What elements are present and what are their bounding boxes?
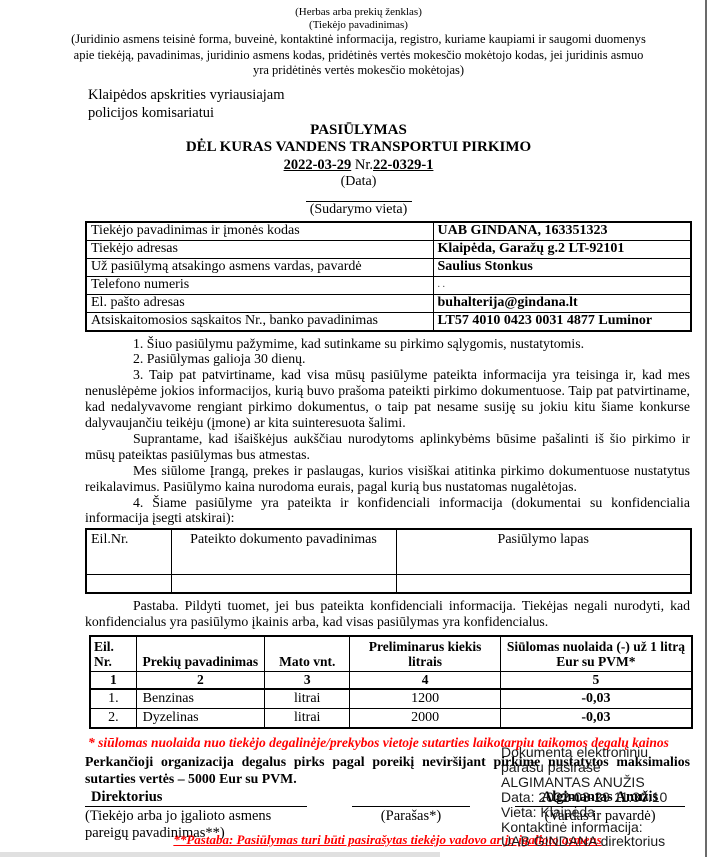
table-row: Atsiskaitomosios sąskaitos Nr., banko pa… bbox=[86, 312, 691, 331]
conf-empty-cell bbox=[86, 575, 171, 594]
stamp-line: Vieta: Klaipėda bbox=[501, 805, 667, 820]
contact-person-label: Už pasiūlymą atsakingo asmens vardas, pa… bbox=[86, 258, 433, 276]
document-title: PASIŪLYMAS bbox=[0, 122, 717, 139]
header-note-trademark: (Herbas arba prekių ženklas) bbox=[0, 6, 717, 19]
conf-empty-cell bbox=[396, 575, 691, 594]
supplier-name-label: Tiekėjo pavadinimas ir įmonės kodas bbox=[86, 222, 433, 241]
product-discount: -0,03 bbox=[500, 689, 692, 709]
confidential-table: Eil.Nr. Pateikto dokumento pavadinimas P… bbox=[85, 528, 692, 594]
prod-col-unit: Mato vnt. bbox=[265, 636, 350, 672]
addressee-line-2: policijos komisariatui bbox=[88, 104, 717, 122]
signature-empty-value bbox=[352, 789, 470, 806]
prod-col-discount: Siūlomas nuolaida (-) už 1 litrą Eur su … bbox=[500, 636, 692, 672]
product-qty: 2000 bbox=[350, 709, 501, 729]
signature-underline bbox=[352, 806, 470, 807]
date-number-line: 2022-03-29 Nr.22-0329-1 bbox=[0, 156, 717, 174]
document-subtitle: DĖL KURAS VANDENS TRANSPORTUI PIRKIMO bbox=[0, 139, 717, 156]
prod-col-qty: Preliminarus kiekis litrais bbox=[350, 636, 501, 672]
table-row: 1. Benzinas litrai 1200 -0,03 bbox=[90, 689, 692, 709]
paragraph-6: 4. Šiame pasiūlyme yra pateikta ir konfi… bbox=[85, 495, 690, 527]
table-row: Tiekėjo pavadinimas ir įmonės kodas UAB … bbox=[86, 222, 691, 241]
product-unit: litrai bbox=[265, 709, 350, 729]
stamp-line: Data: 2022-03-29 11:30:10 bbox=[501, 790, 667, 805]
document-number-prefix: Nr. bbox=[351, 157, 373, 173]
supplier-address-value: Klaipėda, Garažų g.2 LT-92101 bbox=[433, 240, 691, 258]
viewer-bottom-strip bbox=[0, 852, 440, 857]
product-discount: -0,03 bbox=[500, 709, 692, 729]
addressee-line-1: Klaipėdos apskrities vyriausiajam bbox=[88, 86, 717, 104]
document-page: (Herbas arba prekių ženklas) (Tiekėjo pa… bbox=[0, 0, 717, 857]
products-table: Eil. Nr. Prekių pavadinimas Mato vnt. Pr… bbox=[89, 635, 693, 729]
stamp-line: UAB GINDANA direktorius bbox=[501, 834, 667, 849]
conf-col-page: Pasiūlymo lapas bbox=[396, 529, 691, 575]
paragraph-5: Mes siūlome Įrangą, prekes ir paslaugas,… bbox=[85, 463, 690, 495]
supplier-table: Tiekėjo pavadinimas ir įmonės kodas UAB … bbox=[85, 221, 692, 332]
place-label: (Sudarymo vieta) bbox=[0, 202, 717, 218]
product-name: Benzinas bbox=[136, 689, 264, 709]
header-note-legal-info: (Juridinio asmens teisinė forma, buveinė… bbox=[70, 32, 648, 79]
supplier-address-label: Tiekėjo adresas bbox=[86, 240, 433, 258]
bank-account-value: LT57 4010 0423 0031 4877 Luminor bbox=[433, 312, 691, 331]
supplier-name-value: UAB GINDANA, 163351323 bbox=[433, 222, 691, 241]
col-number: 4 bbox=[350, 672, 501, 690]
conf-col-document: Pateikto dokumento pavadinimas bbox=[171, 529, 396, 575]
paragraph-2: 2. Pasiūlymas galioja 30 dienų. bbox=[85, 351, 690, 367]
paragraph-3: 3. Taip pat patvirtiname, kad visa mūsų … bbox=[85, 367, 690, 431]
date-label: (Data) bbox=[0, 174, 717, 190]
table-header-row: Eil. Nr. Prekių pavadinimas Mato vnt. Pr… bbox=[90, 636, 692, 672]
product-name: Dyzelinas bbox=[136, 709, 264, 729]
title-block: PASIŪLYMAS DĖL KURAS VANDENS TRANSPORTUI… bbox=[0, 122, 717, 218]
stamp-line: parašu pasirašė bbox=[501, 760, 667, 775]
product-qty: 1200 bbox=[350, 689, 501, 709]
phone-value: . . bbox=[433, 276, 691, 294]
table-row: Tiekėjo adresas Klaipėda, Garažų g.2 LT-… bbox=[86, 240, 691, 258]
bank-account-label: Atsiskaitomosios sąskaitos Nr., banko pa… bbox=[86, 312, 433, 331]
table-header-row: Eil.Nr. Pateikto dokumento pavadinimas P… bbox=[86, 529, 691, 575]
conf-col-eilnr: Eil.Nr. bbox=[86, 529, 171, 575]
email-value: buhalterija@gindana.lt bbox=[433, 294, 691, 312]
col-number: 1 bbox=[90, 672, 136, 690]
col-number: 2 bbox=[136, 672, 264, 690]
column-number-row: 1 2 3 4 5 bbox=[90, 672, 692, 690]
row-nr: 1. bbox=[90, 689, 136, 709]
stamp-line: ALGIMANTAS ANUŽIS bbox=[501, 775, 667, 790]
pastaba-paragraph: Pastaba. Pildyti tuomet, jei bus pateikt… bbox=[85, 598, 690, 630]
table-row: El. pašto adresas buhalterija@gindana.lt bbox=[86, 294, 691, 312]
product-unit: litrai bbox=[265, 689, 350, 709]
header-note-supplier-name: (Tiekėjo pavadinimas) bbox=[0, 19, 717, 32]
signature-label: (Parašas*) bbox=[352, 808, 470, 825]
document-date: 2022-03-29 bbox=[284, 157, 352, 173]
digital-signature-stamp: Dokumentą elektroniniu parašu pasirašė A… bbox=[501, 745, 667, 849]
table-empty-row bbox=[86, 575, 691, 594]
email-label: El. pašto adresas bbox=[86, 294, 433, 312]
table-row: Už pasiūlymą atsakingo asmens vardas, pa… bbox=[86, 258, 691, 276]
conf-empty-cell bbox=[171, 575, 396, 594]
col-number: 5 bbox=[500, 672, 692, 690]
table-row: Telefono numeris . . bbox=[86, 276, 691, 294]
contact-person-value: Saulius Stonkus bbox=[433, 258, 691, 276]
position-value: Direktorius bbox=[85, 789, 307, 806]
prod-col-eilnr: Eil. Nr. bbox=[90, 636, 136, 672]
paragraph-4: Suprantame, kad išaiškėjus aukščiau nuro… bbox=[85, 431, 690, 463]
document-number: 22-0329-1 bbox=[373, 157, 433, 173]
stamp-line: Dokumentą elektroniniu bbox=[501, 745, 667, 760]
table-row: 2. Dyzelinas litrai 2000 -0,03 bbox=[90, 709, 692, 729]
prod-col-name: Prekių pavadinimas bbox=[136, 636, 264, 672]
col-number: 3 bbox=[265, 672, 350, 690]
signature-underline bbox=[85, 806, 307, 807]
row-nr: 2. bbox=[90, 709, 136, 729]
phone-label: Telefono numeris bbox=[86, 276, 433, 294]
paragraph-1: 1. Šiuo pasiūlymu pažymime, kad sutinkam… bbox=[85, 336, 690, 352]
stamp-line: Kontaktinė informacija: bbox=[501, 820, 667, 835]
viewer-right-edge bbox=[705, 0, 707, 857]
addressee-block: Klaipėdos apskrities vyriausiajam polici… bbox=[88, 86, 717, 122]
